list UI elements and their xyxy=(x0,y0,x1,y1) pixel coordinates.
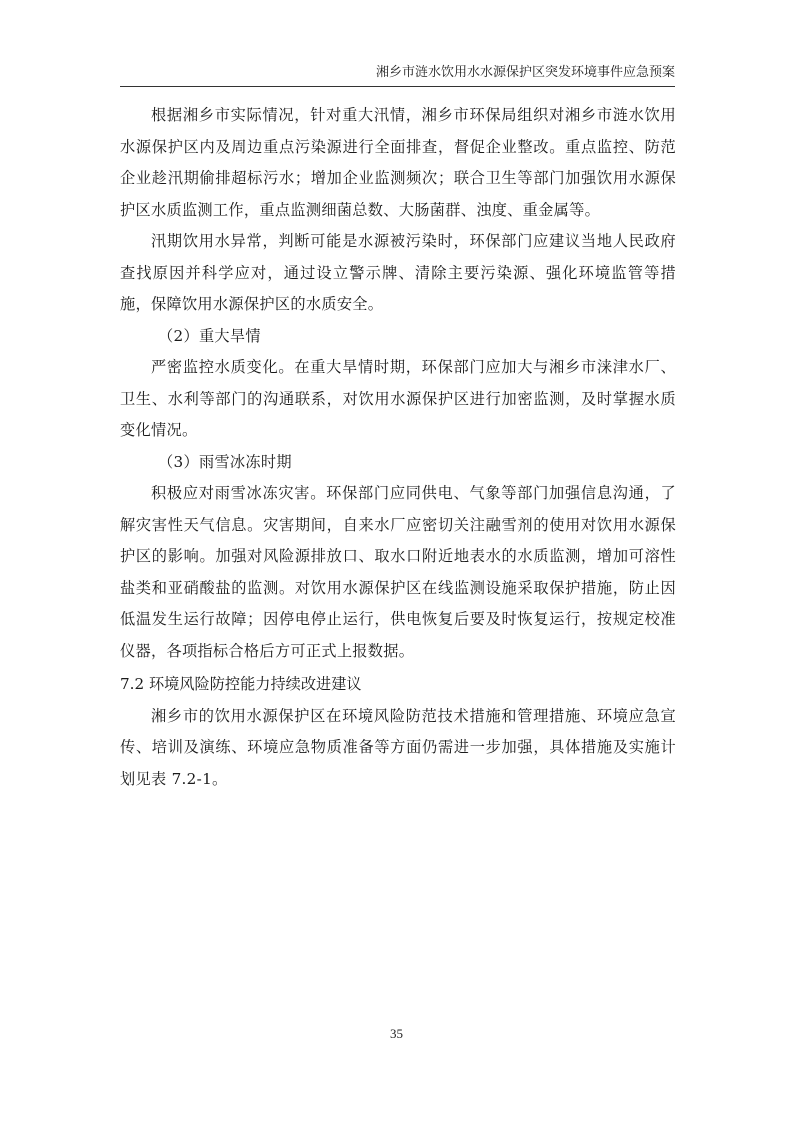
paragraph-improvement: 湘乡市的饮用水源保护区在环境风险防范技术措施和管理措施、环境应急宣传、培训及演练… xyxy=(120,701,676,796)
paragraph-drought: 严密监控水质变化。在重大旱情时期，环保部门应加大与湘乡市涞津水厂、卫生、水利等部… xyxy=(120,352,676,447)
subheading-ice-snow: （3）雨雪冰冻时期 xyxy=(120,447,676,479)
section-heading: 7.2 环境风险防控能力持续改进建议 xyxy=(120,669,676,701)
document-title: 湘乡市涟水饮用水水源保护区突发环境事件应急预案 xyxy=(376,65,675,80)
page-number: 35 xyxy=(0,1026,793,1042)
page-body: 根据湘乡市实际情况，针对重大汛情，湘乡市环保局组织对湘乡市涟水饮用水源保护区内及… xyxy=(120,100,676,795)
paragraph-ice-snow: 积极应对雨雪冰冻灾害。环保部门应同供电、气象等部门加强信息沟通，了解灾害性天气信… xyxy=(120,478,676,667)
running-header: 湘乡市涟水饮用水水源保护区突发环境事件应急预案 xyxy=(120,64,675,87)
paragraph-flood-anomaly: 汛期饮用水异常，判断可能是水源被污染时，环保部门应建议当地人民政府查找原因并科学… xyxy=(120,226,676,321)
paragraph-flood-measures: 根据湘乡市实际情况，针对重大汛情，湘乡市环保局组织对湘乡市涟水饮用水源保护区内及… xyxy=(120,100,676,226)
subheading-drought: （2）重大旱情 xyxy=(120,321,676,353)
